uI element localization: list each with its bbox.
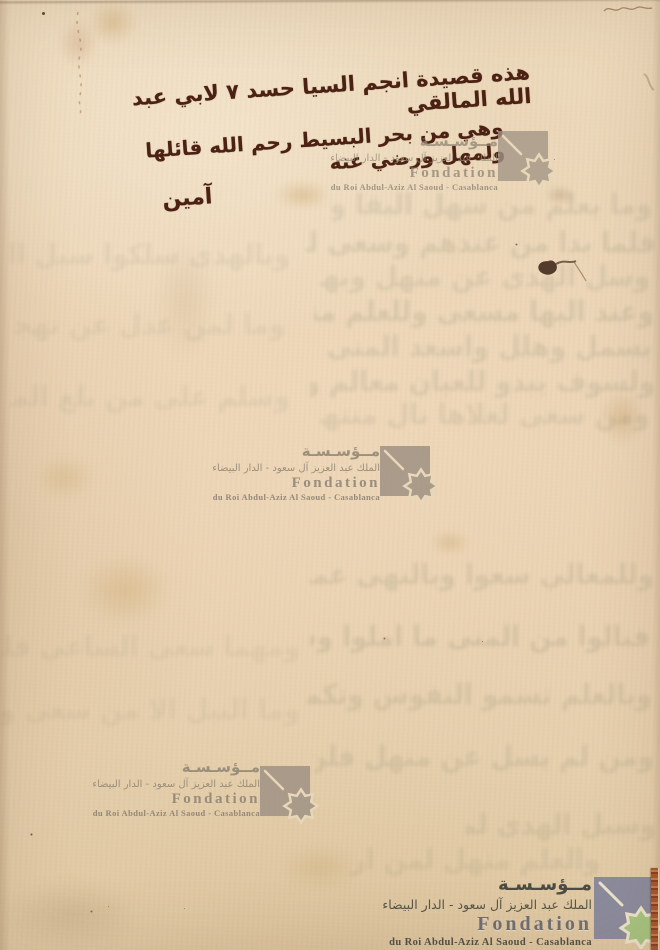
scan-vignette bbox=[0, 0, 660, 950]
manuscript-scan-page: وما يعلم من سهل البقا ومعها ويسلم فلما ب… bbox=[0, 0, 660, 950]
